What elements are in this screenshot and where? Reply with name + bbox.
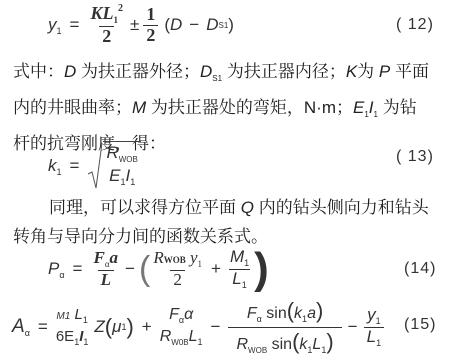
equation-13: k1 = RWOB E1I1 [48,140,141,192]
sqrt-icon [87,142,103,190]
equation-12: y1 = KL12 2 ± 1 2 ( D − DS1 ) [48,4,234,46]
left-paren: ( [139,252,150,286]
eq13-radicand: RWOB E1I1 [103,141,140,188]
paragraph-intro: 同理，可以求得方位平面 Q 内的钻头侧向力和钻头 转角与导向分力间的函数关系式。 [13,193,463,251]
eq12-fraction-1: KL12 2 [87,3,126,47]
eq12-lhs: y1 [48,15,62,36]
equation-14: Pα = Fαa L − ( RWOB y1 2 + M1 L1 ) [48,248,269,290]
paragraph-line: 式中：D 为扶正器外径；DS1 为扶正器内径；K为 P 平面 [13,57,463,93]
equation-number-15: (15) [404,316,436,334]
equation-15: Aα = M1 L1 6E1I1 Z (μ1) + Fαα RW0BL1 − F… [12,296,384,358]
paragraph-line: 内的井眼曲率；M 为扶正器处的弯矩，N·m；E1I1 为钻 [13,93,463,129]
paragraph-line: 同理，可以求得方位平面 Q 内的钻头侧向力和钻头 [13,193,463,222]
equation-number-13: ( 13) [396,148,434,166]
equation-number-14: (14) [404,260,436,278]
equation-number-12: ( 12) [396,16,434,34]
eq12-fraction-2: 1 2 [143,5,158,46]
right-paren: ) [254,247,269,291]
